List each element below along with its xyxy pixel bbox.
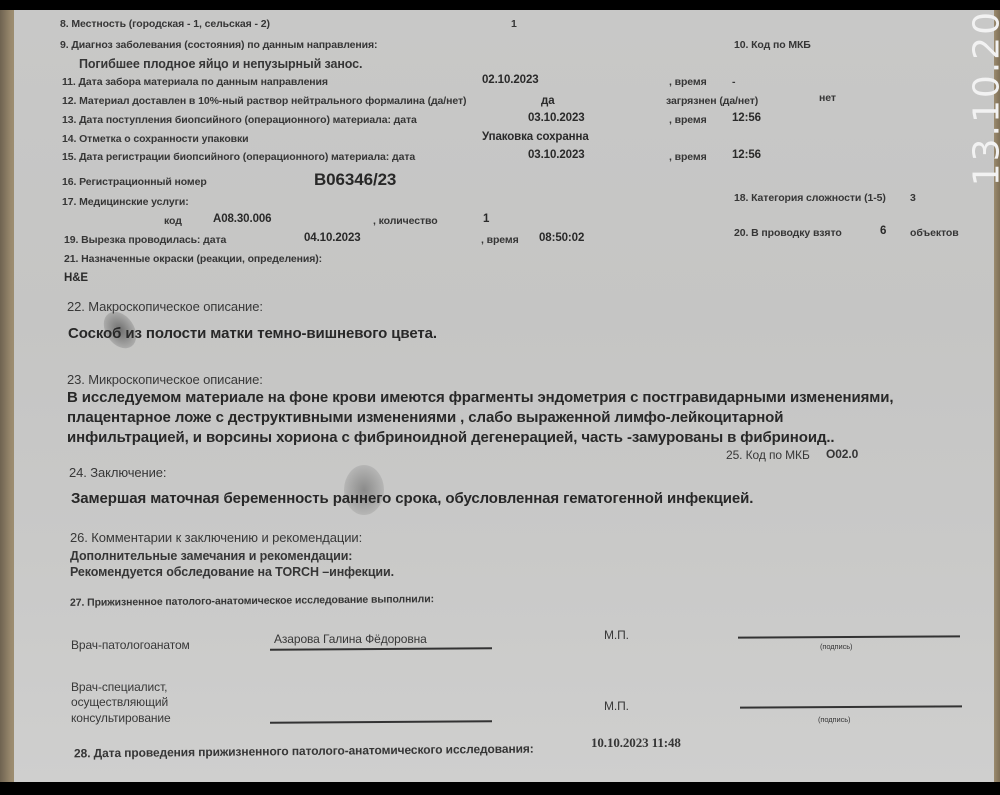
field-14-value: Упаковка сохранна [482, 131, 589, 143]
field-26-label: 26. Комментарии к заключению и рекоменда… [70, 530, 362, 545]
field-12-contamination-label: загрязнен (да/нет) [666, 95, 758, 107]
field-11-time: - [732, 76, 735, 88]
photo-date-stamp: 13.10.20 [966, 10, 1000, 186]
signature-caption: (подпись) [820, 642, 852, 651]
field-13-date: 03.10.2023 [528, 112, 585, 124]
field-11-time-label: , время [669, 76, 707, 88]
field-28-label: 28. Дата проведения прижизненного патоло… [74, 742, 534, 761]
microscopic-description-line: В исследуемом материале на фоне крови им… [67, 389, 893, 406]
field-27-label: 27. Прижизненное патолого-анатомическое … [70, 593, 434, 609]
field-17-code-label: код [164, 215, 182, 227]
field-23-label: 23. Микроскопическое описание: [67, 372, 263, 387]
field-12-value: да [541, 95, 555, 107]
microscopic-description-line: плацентарное ложе с деструктивными измен… [67, 409, 783, 426]
field-25-label: 25. Код по МКБ [726, 448, 810, 462]
field-21-label: 21. Назначенные окраски (реакции, опреде… [64, 253, 322, 265]
field-8-label: 8. Местность (городская - 1, сельская - … [60, 18, 270, 30]
recommendations-heading: Дополнительные замечания и рекомендации: [70, 549, 352, 563]
signature-caption: (подпись) [818, 715, 850, 724]
consultant-label-line: осуществляющий [71, 695, 168, 709]
consultant-label-line: консультирование [71, 711, 171, 725]
consultant-name-underline [270, 720, 492, 723]
field-17-label: 17. Медицинские услуги: [62, 196, 189, 208]
field-9-label: 9. Диагноз заболевания (состояния) по да… [60, 39, 377, 51]
stamp-placeholder-label: М.П. [604, 628, 629, 642]
field-20-value: 6 [880, 225, 886, 237]
field-20-unit: объектов [910, 227, 959, 239]
field-19-time-label: , время [481, 234, 519, 246]
microscopic-description-line: инфильтрацией, и ворсины хориона с фибри… [67, 429, 835, 446]
registration-number: B06346/23 [314, 170, 396, 190]
field-11-date: 02.10.2023 [482, 74, 539, 86]
pathologist-name: Азарова Галина Фёдоровна [274, 632, 427, 646]
field-15-date: 03.10.2023 [528, 149, 585, 161]
field-16-label: 16. Регистрационный номер [62, 176, 207, 188]
field-21-value: H&E [64, 272, 88, 284]
consultant-label-line: Врач-специалист, [71, 680, 167, 694]
ink-smudge [344, 465, 384, 515]
field-11-label: 11. Дата забора материала по данным напр… [62, 76, 328, 88]
pathology-report-page: 8. Местность (городская - 1, сельская - … [14, 10, 994, 782]
bottom-black-bar [0, 782, 1000, 795]
field-17-quantity-label: , количество [373, 215, 438, 227]
field-19-label: 19. Вырезка проводилась: дата [64, 234, 226, 246]
stamp-placeholder-label: М.П. [604, 699, 629, 713]
field-9-value: Погибшее плодное яйцо и непузырный занос… [79, 57, 362, 71]
pathologist-label: Врач-патологоанатом [71, 638, 190, 652]
field-20-label: 20. В проводку взято [734, 227, 842, 239]
field-15-label: 15. Дата регистрации биопсийного (операц… [62, 151, 415, 163]
field-25-value: O02.0 [826, 447, 858, 461]
field-18-value: 3 [910, 192, 916, 204]
field-10-label: 10. Код по МКБ [734, 39, 811, 51]
field-12-contamination-value: нет [819, 92, 836, 104]
field-17-code: A08.30.006 [213, 213, 271, 225]
field-8-value: 1 [511, 18, 517, 30]
field-22-label: 22. Макроскопическое описание: [67, 299, 263, 314]
field-19-date: 04.10.2023 [304, 232, 361, 244]
field-13-time-label: , время [669, 114, 707, 126]
field-14-label: 14. Отметка о сохранности упаковки [62, 133, 249, 145]
conclusion-text: Замершая маточная беременность раннего с… [71, 490, 753, 507]
field-15-time: 12:56 [732, 149, 761, 161]
pathologist-signature-line [738, 635, 960, 638]
pathologist-name-underline [270, 647, 492, 650]
field-19-time: 08:50:02 [539, 232, 584, 244]
field-12-label: 12. Материал доставлен в 10%-ный раствор… [62, 95, 466, 107]
field-17-quantity: 1 [483, 213, 489, 225]
field-15-time-label: , время [669, 151, 707, 163]
field-13-time: 12:56 [732, 112, 761, 124]
field-24-label: 24. Заключение: [69, 465, 166, 480]
examination-date: 10.10.2023 11:48 [591, 735, 681, 751]
recommendations-text: Рекомендуется обследование на TORCH –инф… [70, 565, 394, 579]
consultant-signature-line [740, 705, 962, 708]
field-18-label: 18. Категория сложности (1-5) [734, 192, 886, 204]
field-13-label: 13. Дата поступления биопсийного (операц… [62, 114, 417, 126]
